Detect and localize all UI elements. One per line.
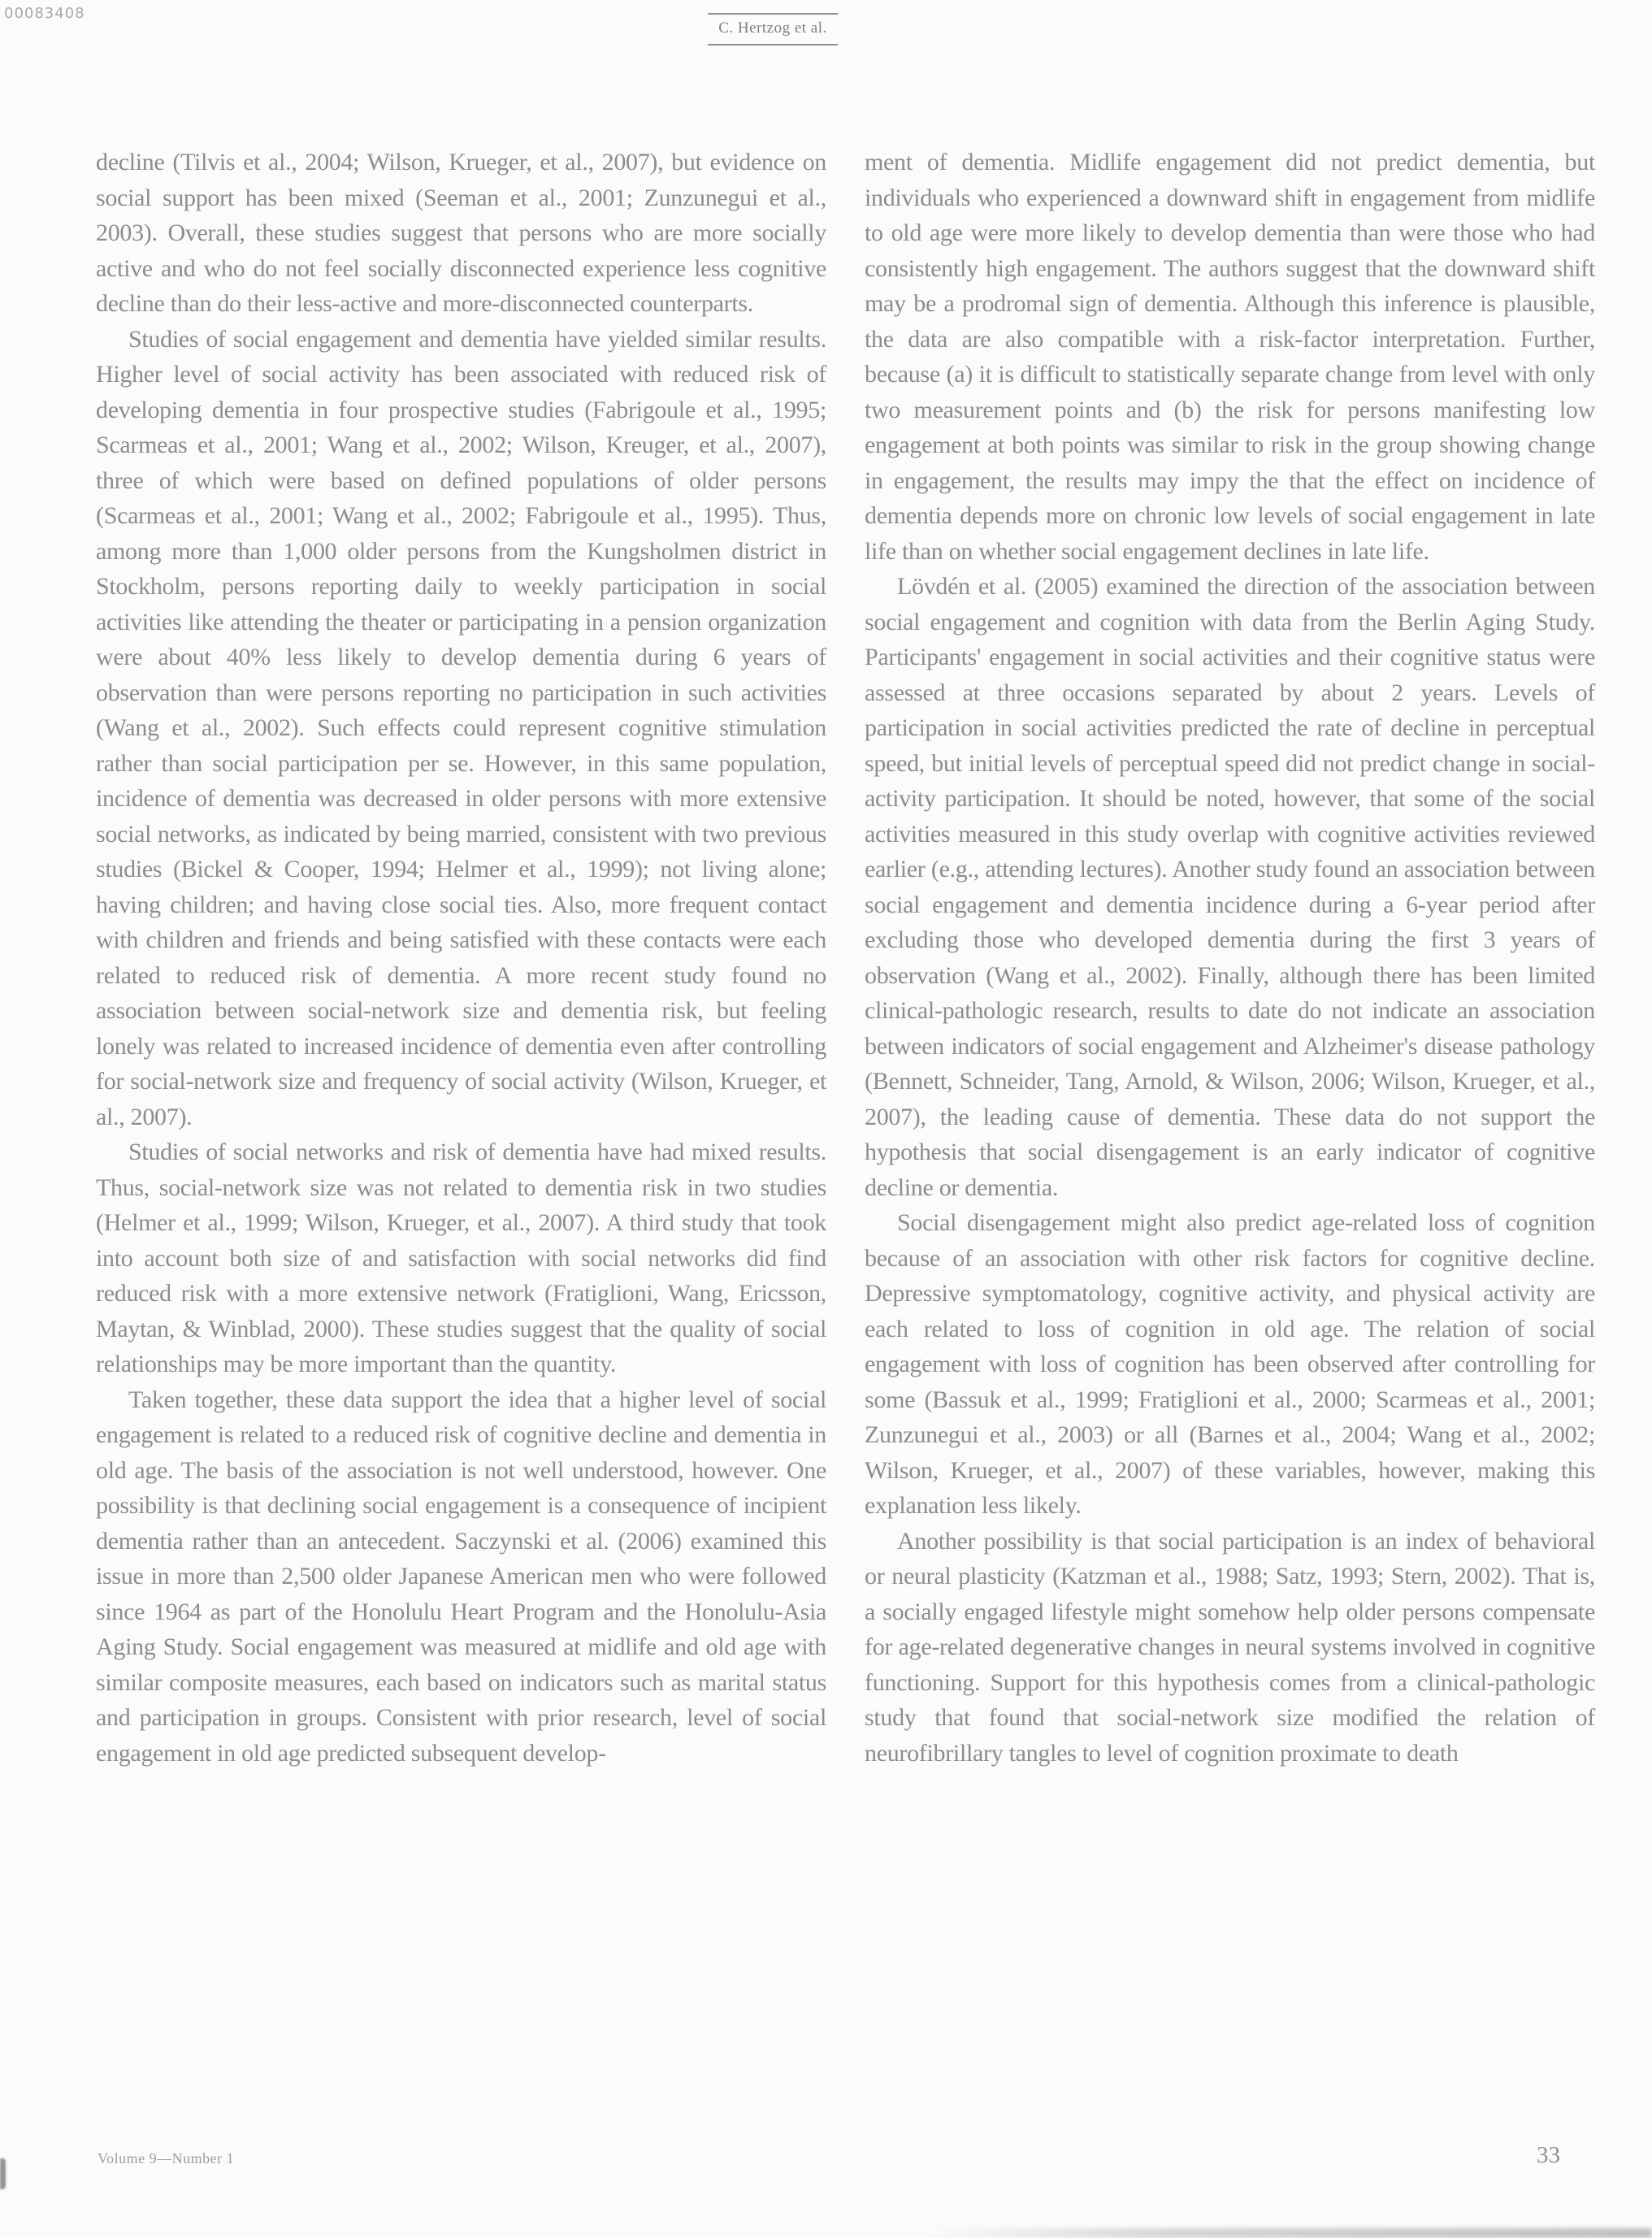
paragraph: Another possibility is that social parti…: [865, 1524, 1595, 1772]
paragraph: Lövdén et al. (2005) examined the direct…: [865, 569, 1595, 1205]
right-column: ment of dementia. Midlife engagement did…: [865, 145, 1595, 1771]
paragraph-continuation: ment of dementia. Midlife engagement did…: [865, 145, 1595, 569]
scan-edge-mark: [0, 2158, 6, 2189]
paragraph: Studies of social networks and risk of d…: [96, 1134, 826, 1382]
paragraph: Studies of social engagement and dementi…: [96, 322, 826, 1135]
article-body: decline (Tilvis et al., 2004; Wilson, Kr…: [96, 145, 1595, 1771]
paragraph: Taken together, these data support the i…: [96, 1382, 826, 1772]
paragraph-continuation: decline (Tilvis et al., 2004; Wilson, Kr…: [96, 145, 826, 322]
volume-number: Volume 9—Number 1: [98, 2150, 234, 2167]
running-head-text: C. Hertzog et al.: [718, 20, 827, 37]
paragraph: Social disengagement might also predict …: [865, 1205, 1595, 1524]
left-column: decline (Tilvis et al., 2004; Wilson, Kr…: [96, 145, 826, 1771]
journal-page-scan: 00083408 C. Hertzog et al. decline (Tilv…: [0, 0, 1652, 2238]
page-number: 33: [1537, 2142, 1560, 2169]
scan-edge-shadow: [926, 2228, 1652, 2238]
running-head: C. Hertzog et al.: [708, 13, 838, 46]
scan-number: 00083408: [4, 5, 85, 22]
